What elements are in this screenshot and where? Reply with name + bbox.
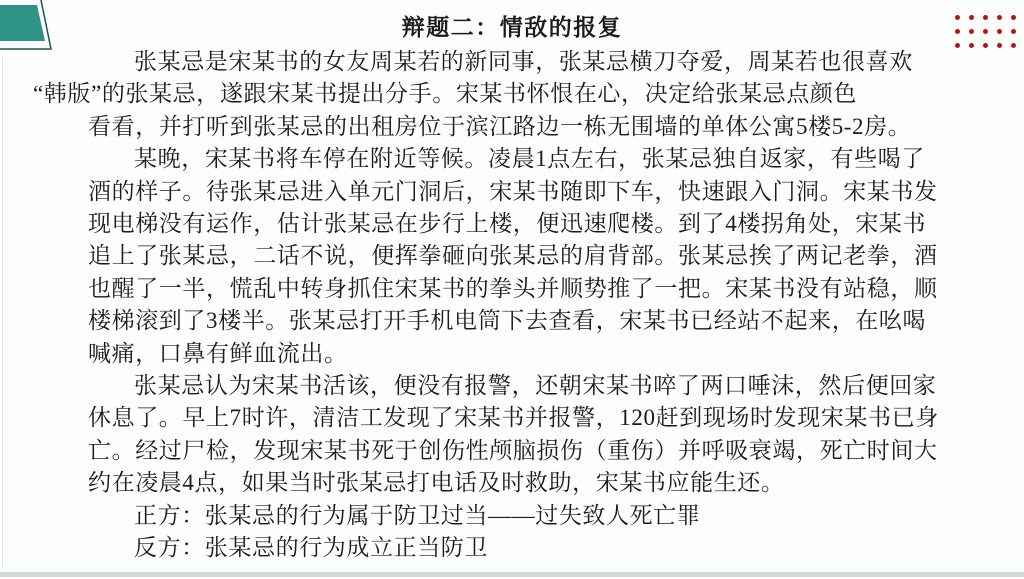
body-line: 现电梯没有运作，估计张某忌在步行上楼，便迅速爬楼。到了4楼拐角处，宋某书	[88, 208, 990, 240]
presentation-slide: 辩题二：情敌的报复 张某忌是宋某书的女友周某若的新同事，张某忌横刀夺爱，周某若也…	[0, 0, 1024, 579]
body-line: 酒的样子。待张某忌进入单元门洞后，宋某书随即下车，快速跟入门洞。宋某书发	[88, 176, 990, 208]
body-line: “韩版”的张某忌，遂跟宋某书提出分手。宋某书怀恨在心，决定给张某忌点颜色	[88, 78, 990, 110]
body-line: 正方：张某忌的行为属于防卫过当——过失致人死亡罪	[88, 500, 990, 532]
body-line: 喊痛，口鼻有鲜血流出。	[88, 338, 990, 370]
body-line: 约在凌晨4点，如果当时张某忌打电话及时救助，宋某书应能生还。	[88, 467, 990, 499]
body-line: 看看，并打听到张某忌的出租房位于滨江路边一栋无围墙的单体公寓5楼5-2房。	[88, 111, 990, 143]
body-line: 也醒了一半，慌乱中转身抓住宋某书的拳头并顺势推了一把。宋某书没有站稳，顺	[88, 273, 990, 305]
body-line: 亡。经过尸检，发现宋某书死于创伤性颅脑损伤（重伤）并呼吸衰竭，死亡时间大	[88, 435, 990, 467]
slide-body-text: 张某忌是宋某书的女友周某若的新同事，张某忌横刀夺爱，周某若也很喜欢“韩版”的张某…	[88, 46, 990, 565]
left-edge-divider	[2, 54, 3, 567]
red-dot-icon	[997, 43, 1002, 48]
body-line: 张某忌是宋某书的女友周某若的新同事，张某忌横刀夺爱，周某若也很喜欢	[88, 46, 990, 78]
slide-title: 辩题二：情敌的报复	[0, 9, 1024, 42]
body-line: 反方：张某忌的行为成立正当防卫	[88, 532, 990, 564]
body-line: 某晚，宋某书将车停在附近等候。凌晨1点左右，张某忌独自返家，有些喝了	[88, 143, 990, 175]
bottom-bar-decoration	[0, 572, 1024, 577]
body-line: 追上了张某忌，二话不说，便挥拳砸向张某忌的肩背部。张某忌挨了两记老拳，酒	[88, 240, 990, 272]
red-dot-icon	[1011, 43, 1016, 48]
body-line: 楼梯滚到了3楼半。张某忌打开手机电筒下去查看，宋某书已经站不起来，在吆喝	[88, 305, 990, 337]
body-line: 休息了。早上7时许，清洁工发现了宋某书并报警，120赶到现场时发现宋某书已身	[88, 402, 990, 434]
body-line: 张某忌认为宋某书活该，便没有报警，还朝宋某书啐了两口唾沫，然后便回家	[88, 370, 990, 402]
